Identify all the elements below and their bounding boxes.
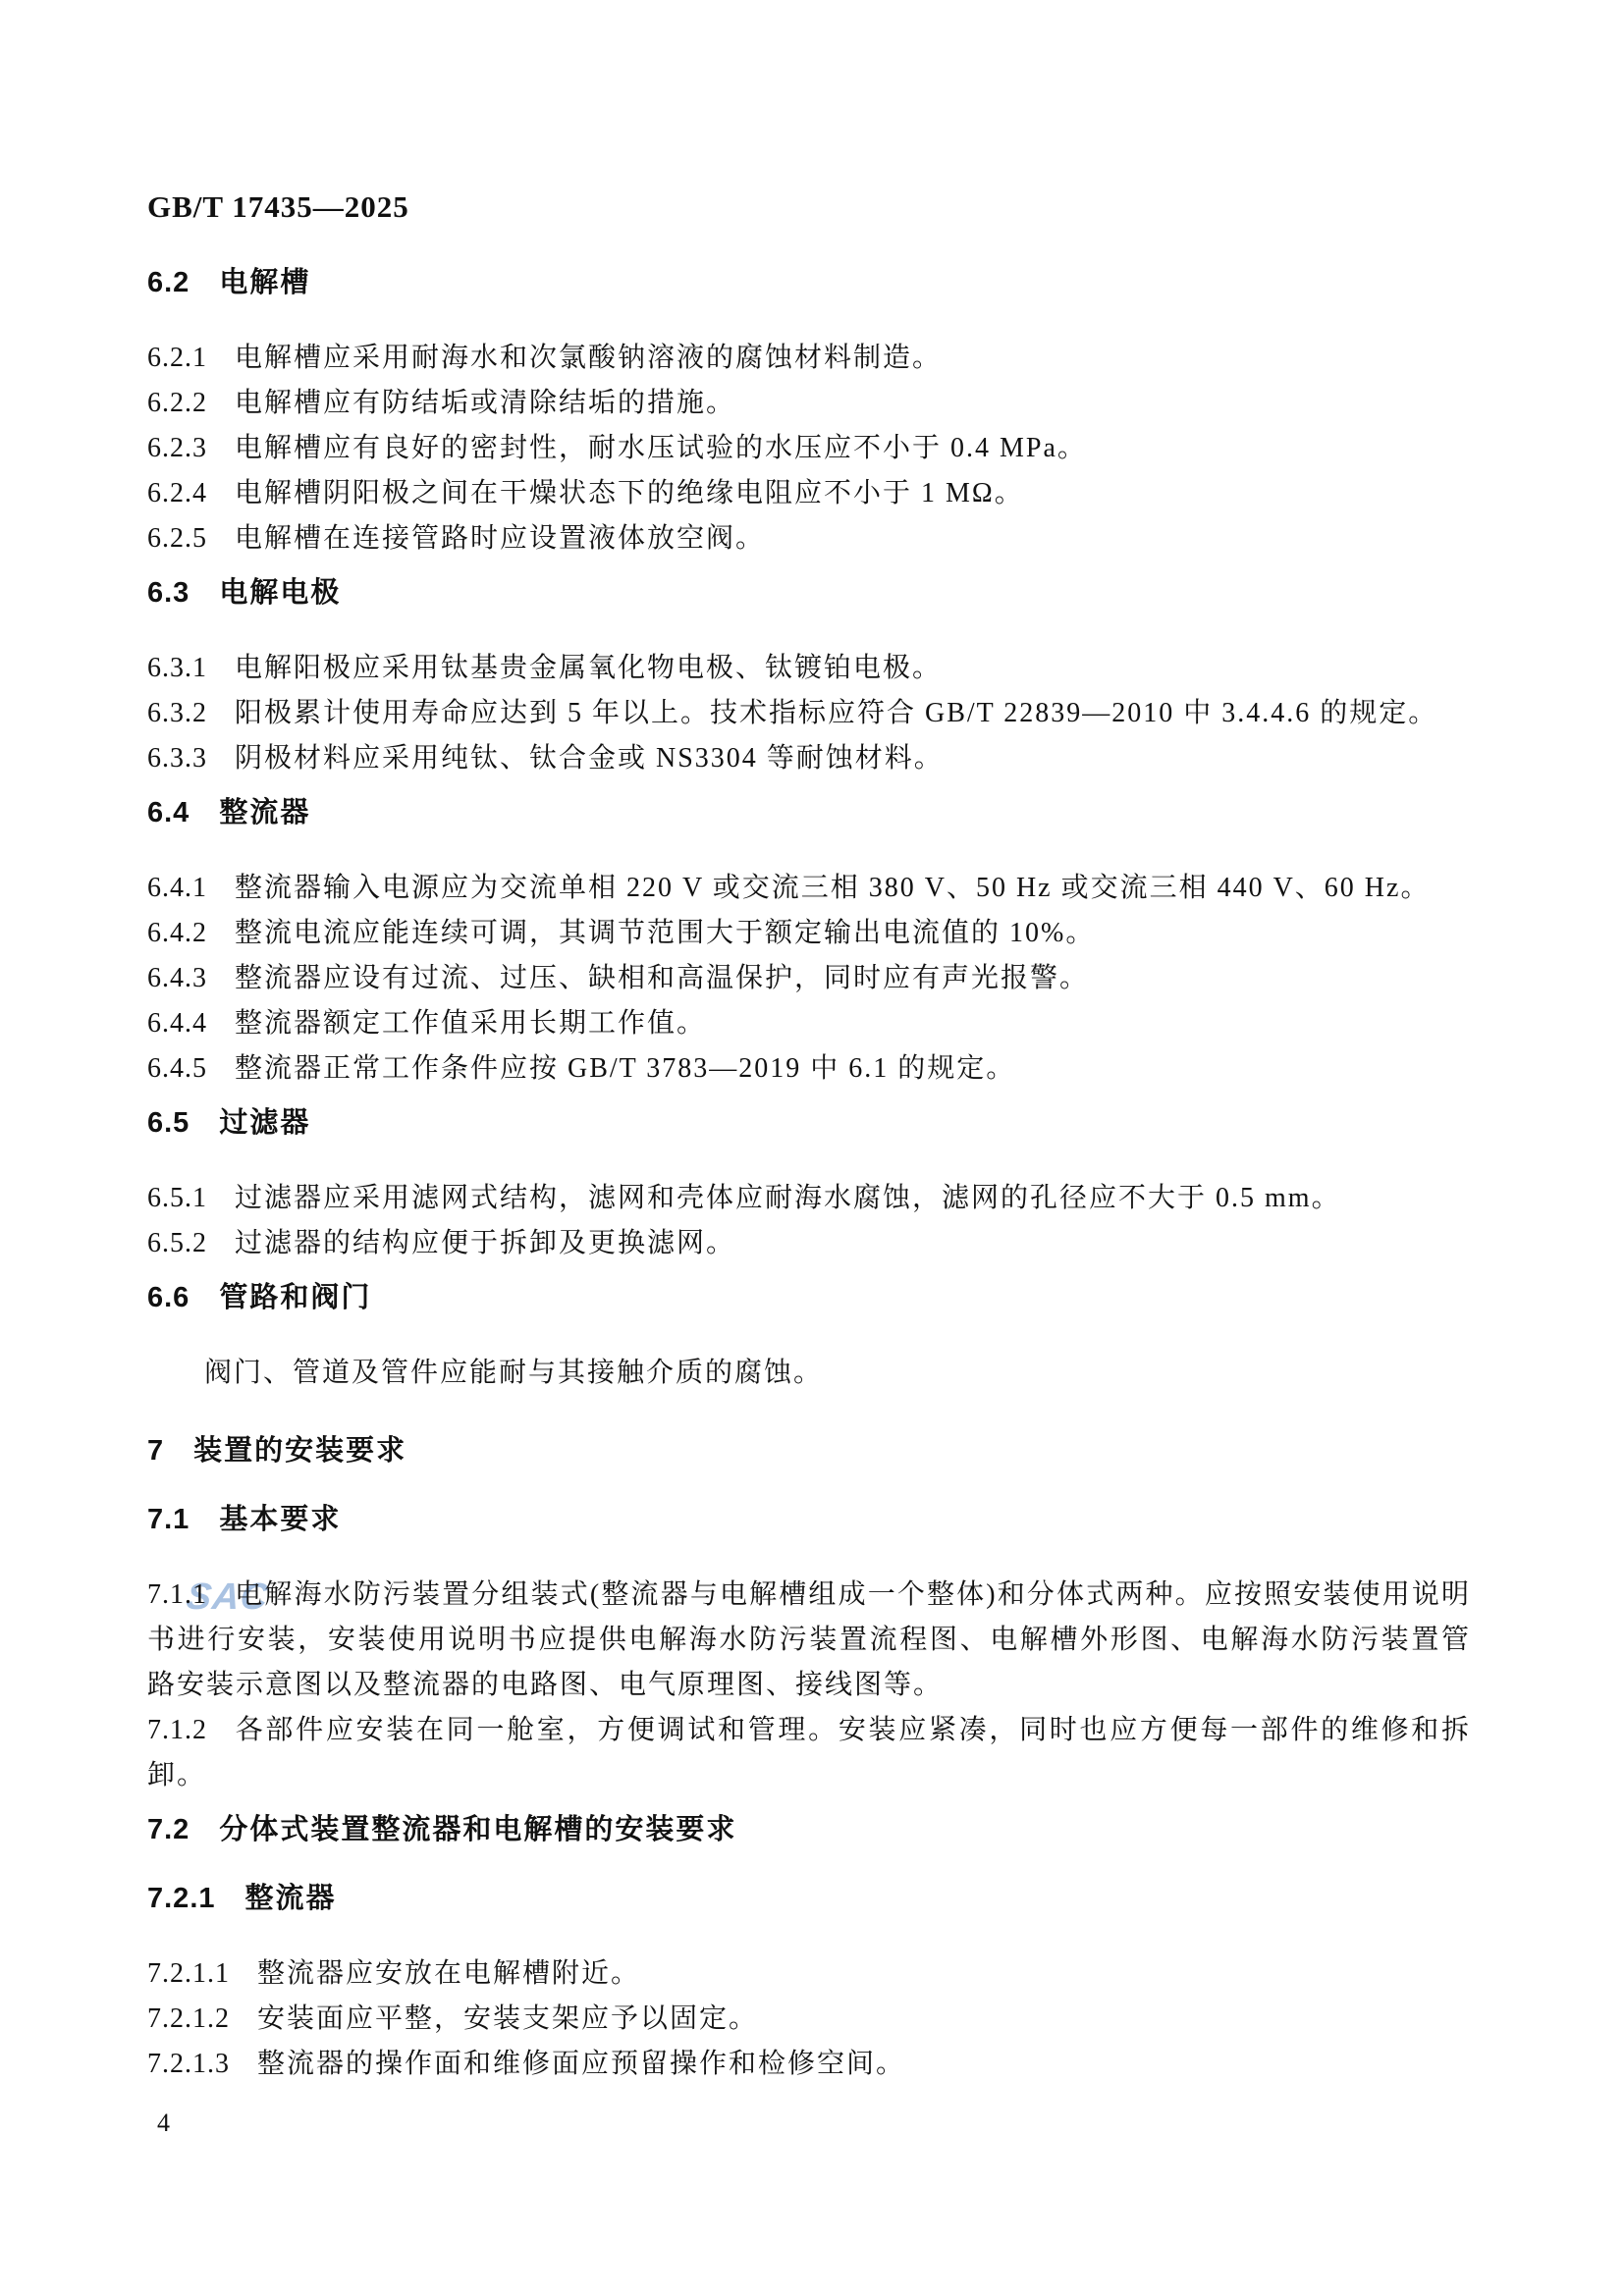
clause-number: 6.4.2 bbox=[147, 918, 207, 948]
clause-7.2.1.3: 7.2.1.3整流器的操作面和维修面应预留操作和检修空间。 bbox=[147, 2042, 1471, 2087]
clause-number: 6.2.1 bbox=[147, 343, 207, 373]
clause-text: 电解槽应采用耐海水和次氯酸钠溶液的腐蚀材料制造。 bbox=[235, 343, 942, 373]
heading-title: 过滤器 bbox=[219, 1107, 310, 1139]
clause-6.5.2: 6.5.2过滤器的结构应便于拆卸及更换滤网。 bbox=[147, 1221, 1471, 1266]
heading-title: 电解槽 bbox=[219, 267, 310, 298]
clause-number: 6.4.5 bbox=[147, 1053, 207, 1084]
heading-title: 整流器 bbox=[219, 797, 310, 828]
clause-text: 电解槽应有良好的密封性，耐水压试验的水压应不小于 0.4 MPa。 bbox=[235, 433, 1087, 463]
clause-6.4.1: 6.4.1整流器输入电源应为交流单相 220 V 或交流三相 380 V、50 … bbox=[147, 866, 1471, 911]
clause-text: 整流器额定工作值采用长期工作值。 bbox=[235, 1008, 706, 1039]
heading-title: 装置的安装要求 bbox=[193, 1435, 406, 1467]
page-number: 4 bbox=[157, 2109, 170, 2138]
heading-title: 电解电极 bbox=[219, 577, 341, 609]
clause-number: 6.3.1 bbox=[147, 653, 207, 683]
clause-text: 安装面应平整，安装支架应予以固定。 bbox=[257, 2003, 758, 2034]
standard-code-header: GB/T 17435—2025 bbox=[147, 192, 409, 222]
clause-number: 6.2.4 bbox=[147, 478, 207, 508]
clause-text: 电解阳极应采用钛基贵金属氧化物电极、钛镀铂电极。 bbox=[235, 653, 942, 683]
clause-text: 电解槽阴阳极之间在干燥状态下的绝缘电阻应不小于 1 MΩ。 bbox=[235, 478, 1024, 508]
clause-6.4.5: 6.4.5整流器正常工作条件应按 GB/T 3783—2019 中 6.1 的规… bbox=[147, 1046, 1471, 1092]
section-heading-7.2: 7.2分体式装置整流器和电解槽的安装要求 bbox=[147, 1814, 1471, 1845]
section-heading-7.1: 7.1基本要求 bbox=[147, 1504, 1471, 1535]
clause-text: 整流器输入电源应为交流单相 220 V 或交流三相 380 V、50 Hz 或交… bbox=[235, 873, 1430, 903]
clause-6.4.2: 6.4.2整流电流应能连续可调，其调节范围大于额定输出电流值的 10%。 bbox=[147, 911, 1471, 956]
section-heading-7: 7装置的安装要求 bbox=[147, 1435, 1471, 1467]
clause-number: 7.2.1.3 bbox=[147, 2049, 230, 2079]
clause-6.4.4: 6.4.4整流器额定工作值采用长期工作值。 bbox=[147, 1001, 1471, 1046]
section-heading-6.5: 6.5过滤器 bbox=[147, 1107, 1471, 1139]
heading-number: 6.2 bbox=[147, 267, 189, 298]
clause-number: 6.3.2 bbox=[147, 698, 207, 728]
clause-text: 电解槽应有防结垢或清除结垢的措施。 bbox=[235, 388, 735, 418]
clause-text: 过滤器应采用滤网式结构，滤网和壳体应耐海水腐蚀，滤网的孔径应不大于 0.5 mm… bbox=[235, 1183, 1341, 1213]
clause-number: 6.5.2 bbox=[147, 1228, 207, 1258]
clause-6.2.3: 6.2.3电解槽应有良好的密封性，耐水压试验的水压应不小于 0.4 MPa。 bbox=[147, 426, 1471, 471]
heading-number: 6.4 bbox=[147, 797, 189, 828]
clause-6.5.1: 6.5.1过滤器应采用滤网式结构，滤网和壳体应耐海水腐蚀，滤网的孔径应不大于 0… bbox=[147, 1176, 1471, 1221]
heading-number: 6.3 bbox=[147, 577, 189, 609]
clause-text: 整流器应设有过流、过压、缺相和高温保护，同时应有声光报警。 bbox=[235, 963, 1089, 993]
clause-text: 阴极材料应采用纯钛、钛合金或 NS3304 等耐蚀材料。 bbox=[235, 743, 944, 774]
clause-6.2.4: 6.2.4电解槽阴阳极之间在干燥状态下的绝缘电阻应不小于 1 MΩ。 bbox=[147, 471, 1471, 516]
clause-6.2.1: 6.2.1电解槽应采用耐海水和次氯酸钠溶液的腐蚀材料制造。 bbox=[147, 336, 1471, 381]
clause-text: 各部件应安装在同一舱室，方便调试和管理。安装应紧凑，同时也应方便每一部件的维修和… bbox=[147, 1715, 1471, 1790]
heading-number: 7.2 bbox=[147, 1814, 189, 1845]
heading-number: 7 bbox=[147, 1435, 164, 1467]
clause-number: 7.1.2 bbox=[147, 1715, 207, 1745]
body-paragraph: 阀门、管道及管件应能耐与其接触介质的腐蚀。 bbox=[147, 1351, 1471, 1396]
clause-number: 7.2.1.2 bbox=[147, 2003, 230, 2034]
clause-number: 6.4.1 bbox=[147, 873, 207, 903]
clause-text: 过滤器的结构应便于拆卸及更换滤网。 bbox=[235, 1228, 735, 1258]
clause-text: 阳极累计使用寿命应达到 5 年以上。技术指标应符合 GB/T 22839—201… bbox=[235, 698, 1437, 728]
heading-number: 7.1 bbox=[147, 1504, 189, 1535]
heading-number: 6.6 bbox=[147, 1282, 189, 1313]
clause-6.2.2: 6.2.2电解槽应有防结垢或清除结垢的措施。 bbox=[147, 381, 1471, 426]
clause-7.2.1.2: 7.2.1.2安装面应平整，安装支架应予以固定。 bbox=[147, 1997, 1471, 2042]
heading-title: 管路和阀门 bbox=[219, 1282, 371, 1313]
section-heading-6.6: 6.6管路和阀门 bbox=[147, 1282, 1471, 1313]
clause-number: 7.1.1 bbox=[147, 1579, 207, 1610]
document-content: 6.2电解槽6.2.1电解槽应采用耐海水和次氯酸钠溶液的腐蚀材料制造。6.2.2… bbox=[147, 251, 1471, 2087]
clause-6.3.1: 6.3.1电解阳极应采用钛基贵金属氧化物电极、钛镀铂电极。 bbox=[147, 646, 1471, 691]
clause-7.1.1: 7.1.1电解海水防污装置分组装式(整流器与电解槽组成一个整体)和分体式两种。应… bbox=[147, 1573, 1471, 1708]
heading-title: 基本要求 bbox=[219, 1504, 341, 1535]
clause-number: 6.2.3 bbox=[147, 433, 207, 463]
heading-number: 6.5 bbox=[147, 1107, 189, 1139]
heading-number: 7.2.1 bbox=[147, 1883, 216, 1914]
clause-6.2.5: 6.2.5电解槽在连接管路时应设置液体放空阀。 bbox=[147, 516, 1471, 561]
clause-text: 电解槽在连接管路时应设置液体放空阀。 bbox=[235, 523, 765, 554]
clause-number: 7.2.1.1 bbox=[147, 1958, 230, 1989]
clause-number: 6.3.3 bbox=[147, 743, 207, 774]
section-heading-6.4: 6.4整流器 bbox=[147, 797, 1471, 828]
section-heading-7.2.1: 7.2.1整流器 bbox=[147, 1883, 1471, 1914]
clause-number: 6.2.5 bbox=[147, 523, 207, 554]
clause-text: 整流器的操作面和维修面应预留操作和检修空间。 bbox=[257, 2049, 905, 2079]
clause-number: 6.4.3 bbox=[147, 963, 207, 993]
clause-6.4.3: 6.4.3整流器应设有过流、过压、缺相和高温保护，同时应有声光报警。 bbox=[147, 956, 1471, 1001]
clause-text: 整流器应安放在电解槽附近。 bbox=[257, 1958, 640, 1989]
heading-title: 整流器 bbox=[245, 1883, 337, 1914]
clause-7.2.1.1: 7.2.1.1整流器应安放在电解槽附近。 bbox=[147, 1951, 1471, 1997]
clause-number: 6.5.1 bbox=[147, 1183, 207, 1213]
clause-text: 电解海水防污装置分组装式(整流器与电解槽组成一个整体)和分体式两种。应按照安装使… bbox=[147, 1579, 1471, 1700]
clause-number: 6.4.4 bbox=[147, 1008, 207, 1039]
clause-7.1.2: 7.1.2各部件应安装在同一舱室，方便调试和管理。安装应紧凑，同时也应方便每一部… bbox=[147, 1708, 1471, 1798]
clause-6.3.3: 6.3.3阴极材料应采用纯钛、钛合金或 NS3304 等耐蚀材料。 bbox=[147, 736, 1471, 781]
section-heading-6.2: 6.2电解槽 bbox=[147, 267, 1471, 298]
clause-text: 整流电流应能连续可调，其调节范围大于额定输出电流值的 10%。 bbox=[235, 918, 1095, 948]
section-heading-6.3: 6.3电解电极 bbox=[147, 577, 1471, 609]
document-page: GB/T 17435—2025 SAC 6.2电解槽6.2.1电解槽应采用耐海水… bbox=[0, 0, 1624, 2296]
heading-title: 分体式装置整流器和电解槽的安装要求 bbox=[219, 1814, 736, 1845]
clause-number: 6.2.2 bbox=[147, 388, 207, 418]
clause-6.3.2: 6.3.2阳极累计使用寿命应达到 5 年以上。技术指标应符合 GB/T 2283… bbox=[147, 691, 1471, 736]
clause-text: 整流器正常工作条件应按 GB/T 3783—2019 中 6.1 的规定。 bbox=[235, 1053, 1015, 1084]
